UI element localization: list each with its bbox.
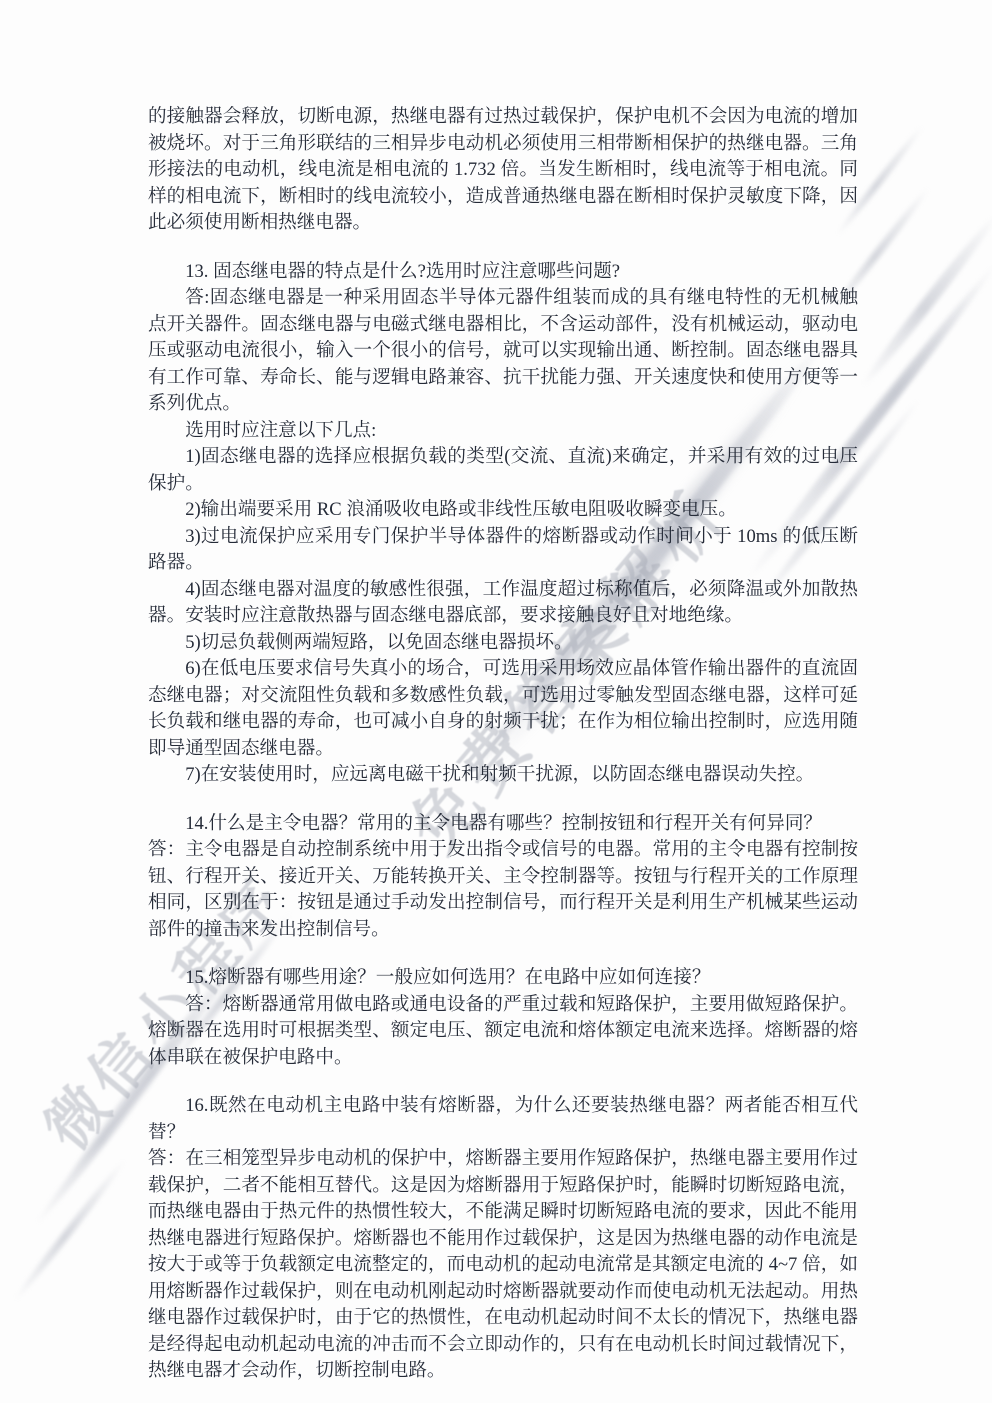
- question-13: 13. 固态继电器的特点是什么?选用时应注意哪些问题?: [148, 259, 858, 286]
- document-content: 的接触器会释放，切断电源，热继电器有过热过载保护，保护电机不会因为电流的增加被烧…: [148, 104, 858, 1385]
- answer-15: 答：熔断器通常用做电路或通电设备的严重过载和短路保护，主要用做短路保护。熔断器在…: [148, 992, 858, 1072]
- answer-13-item-7: 7)在安装使用时，应远离电磁干扰和射频干扰源，以防固态继电器误动失控。: [148, 762, 858, 789]
- answer-13-item-5: 5)切忌负载侧两端短路，以免固态继电器损坏。: [148, 630, 858, 657]
- question-15: 15.熔断器有哪些用途？一般应如何选用？在电路中应如何连接？: [148, 965, 858, 992]
- answer-16: 答：在三相笼型异步电动机的保护中，熔断器主要用作短路保护，热继电器主要用作过载保…: [148, 1146, 858, 1385]
- watermark-streak: [858, 210, 992, 391]
- answer-13-item-2: 2)输出端要采用 RC 浪涌吸收电路或非线性压敏电阻吸收瞬变电压。: [148, 497, 858, 524]
- paragraph-intro-continuation: 的接触器会释放，切断电源，热继电器有过热过载保护，保护电机不会因为电流的增加被烧…: [148, 104, 858, 237]
- answer-13-item-3: 3)过电流保护应采用专门保护半导体器件的熔断器或动作时间小于 10ms 的低压断…: [148, 524, 858, 577]
- watermark-streak: [11, 1157, 128, 1304]
- answer-13-item-4: 4)固态继电器对温度的敏感性很强，工作温度超过标称值后，必须降温或外加散热器。安…: [148, 577, 858, 630]
- answer-13: 答:固态继电器是一种采用固态半导体元器件组装而成的具有继电特性的无机械触点开关器…: [148, 285, 858, 418]
- document-page: 免费答案解析 微信小程序 的接触器会释放，切断电源，热继电器有过热过载保护，保护…: [0, 0, 992, 1403]
- question-14: 14.什么是主令电器？常用的主令电器有哪些？控制按钮和行程开关有何异同？: [148, 811, 858, 838]
- answer-14: 答：主令电器是自动控制系统中用于发出指令或信号的电器。常用的主令电器有控制按钮、…: [148, 837, 858, 943]
- question-16: 16.既然在电动机主电路中装有熔断器，为什么还要装热继电器？两者能否相互代替？: [148, 1093, 858, 1146]
- answer-13-item-1: 1)固态继电器的选择应根据负载的类型(交流、直流)来确定，并采用有效的过电压保护…: [148, 444, 858, 497]
- answer-13-note: 选用时应注意以下几点:: [148, 418, 858, 445]
- answer-13-item-6: 6)在低电压要求信号失真小的场合，可选用采用场效应晶体管作输出器件的直流固态继电…: [148, 656, 858, 762]
